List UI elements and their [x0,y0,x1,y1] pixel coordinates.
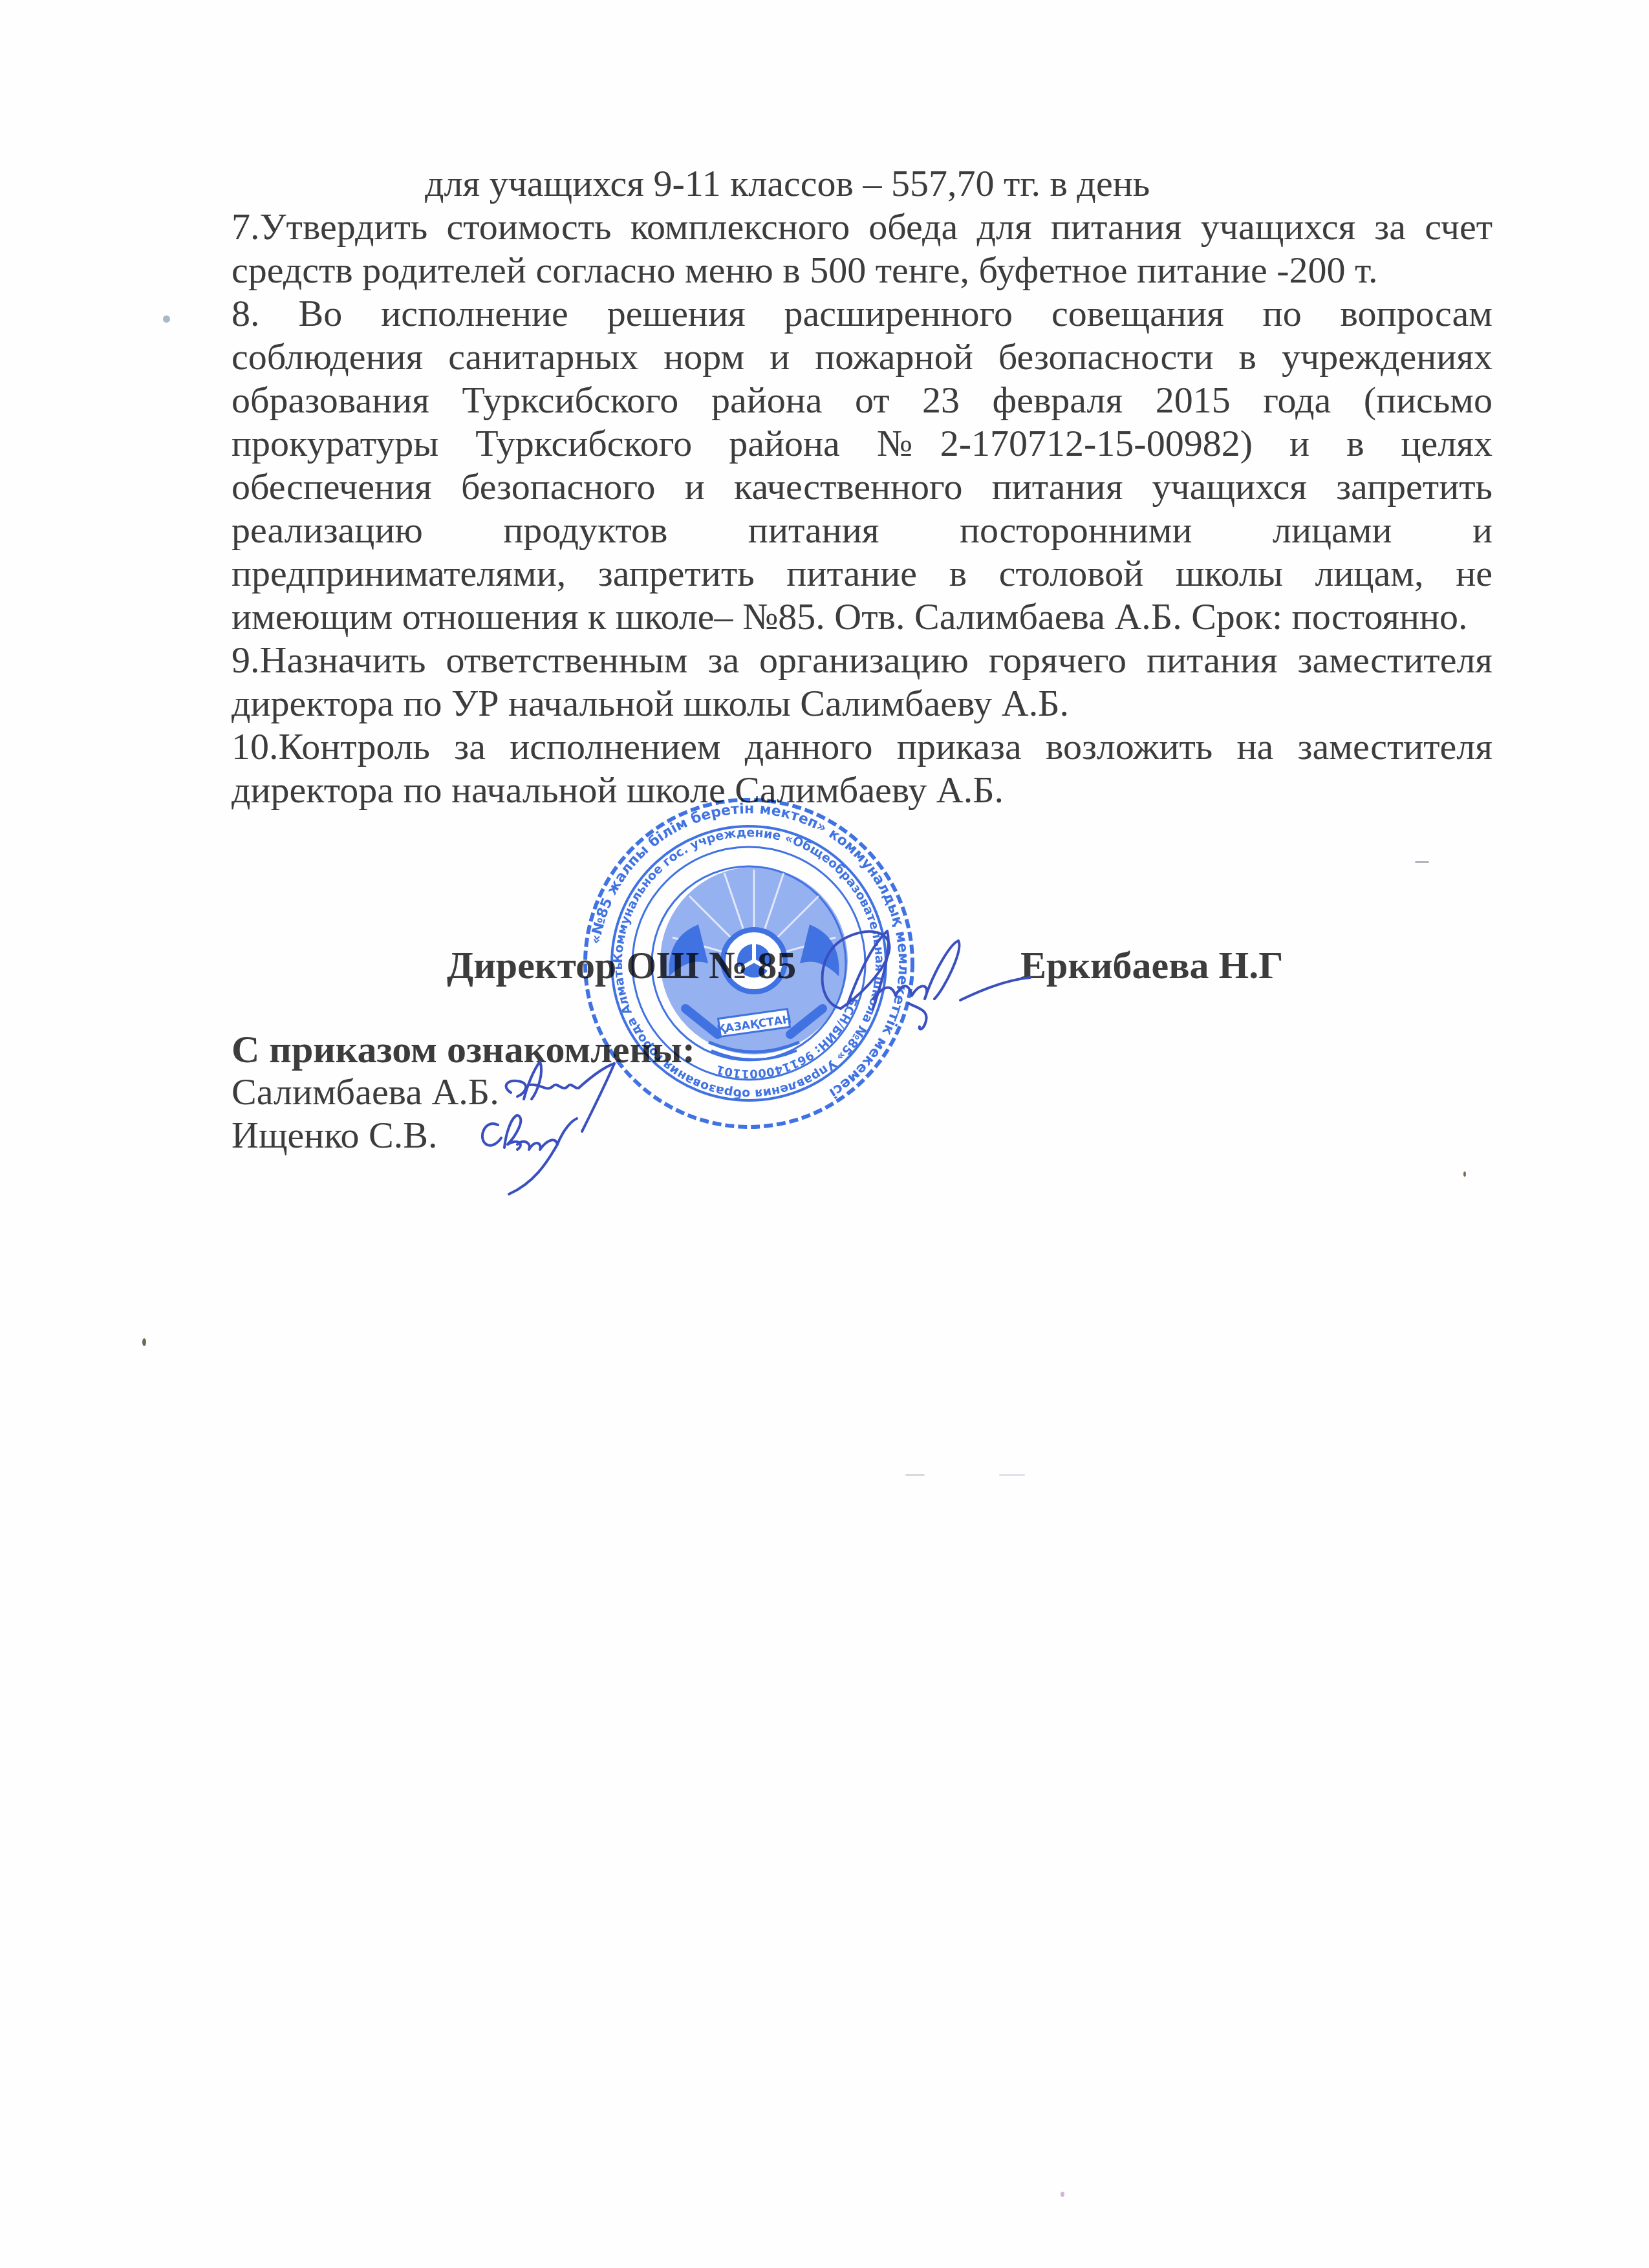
scan-speck [999,1474,1025,1476]
ishchenko-signature [482,1115,577,1194]
director-signature [823,931,1031,1029]
scan-speck [142,1338,146,1346]
scan-speck [1061,2192,1064,2197]
scan-speck [163,316,170,323]
handwritten-signatures [0,0,1649,2268]
scan-speck [1463,1171,1466,1177]
scan-speck [905,1474,925,1476]
scanned-document-page: для учащихся 9-11 классов – 557,70 тг. в… [0,0,1649,2268]
scan-speck [1415,861,1429,863]
salimbaeva-signature [506,1062,614,1131]
